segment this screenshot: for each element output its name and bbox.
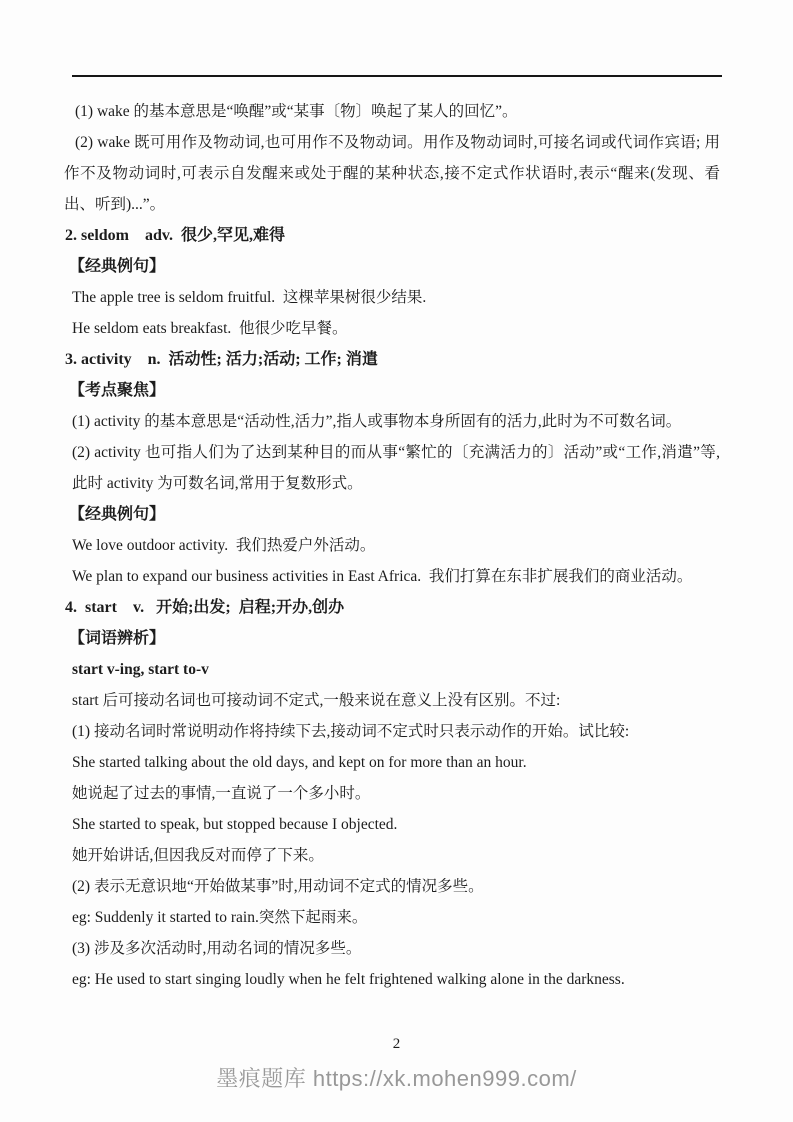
- body-paragraph: (2) wake 既可用作及物动词,也可用作不及物动词。用作及物动词时,可接名词…: [64, 127, 720, 220]
- text-line: The apple tree is seldom fruitful. 这棵苹果树…: [72, 282, 720, 313]
- body-paragraph: (2) activity 也可指人们为了达到某种目的而从事“繁忙的〔充满活力的〕…: [72, 437, 720, 499]
- document-body: (1) wake 的基本意思是“唤醒”或“某事〔物〕唤起了某人的回忆”。(2) …: [64, 96, 720, 995]
- page-number: 2: [0, 1036, 793, 1053]
- section-label: 【经典例句】: [69, 499, 720, 530]
- word-entry-heading: 4. start v. 开始;出发; 启程;开办,创办: [65, 592, 720, 623]
- section-label: 【考点聚焦】: [69, 375, 720, 406]
- body-paragraph: (1) wake 的基本意思是“唤醒”或“某事〔物〕唤起了某人的回忆”。: [64, 96, 720, 127]
- text-line: eg: Suddenly it started to rain.突然下起雨来。: [72, 902, 720, 933]
- text-line: He seldom eats breakfast. 他很少吃早餐。: [72, 313, 720, 344]
- text-line: We plan to expand our business activitie…: [72, 561, 720, 592]
- section-label: 【经典例句】: [69, 251, 720, 282]
- text-line: start 后可接动名词也可接动词不定式,一般来说在意义上没有区别。不过:: [72, 685, 720, 716]
- subheading-line: start v-ing, start to-v: [72, 654, 720, 685]
- watermark-text: 墨痕题库 https://xk.mohen999.com/: [0, 1062, 793, 1093]
- document-page: (1) wake 的基本意思是“唤醒”或“某事〔物〕唤起了某人的回忆”。(2) …: [0, 0, 793, 1122]
- word-entry-heading: 3. activity n. 活动性; 活力;活动; 工作; 消遣: [65, 344, 720, 375]
- section-label: 【词语辨析】: [69, 623, 720, 654]
- text-line: (1) activity 的基本意思是“活动性,活力”,指人或事物本身所固有的活…: [72, 406, 720, 437]
- text-line: She started to speak, but stopped becaus…: [72, 809, 720, 840]
- text-line: We love outdoor activity. 我们热爱户外活动。: [72, 530, 720, 561]
- text-line: (3) 涉及多次活动时,用动名词的情况多些。: [72, 933, 720, 964]
- text-line: (1) 接动名词时常说明动作将持续下去,接动词不定式时只表示动作的开始。试比较:: [72, 716, 720, 747]
- text-line: 她开始讲话,但因我反对而停了下来。: [72, 840, 720, 871]
- text-line: eg: He used to start singing loudly when…: [72, 964, 720, 995]
- header-rule: [72, 75, 722, 77]
- word-entry-heading: 2. seldom adv. 很少,罕见,难得: [65, 220, 720, 251]
- text-line: She started talking about the old days, …: [72, 747, 720, 778]
- text-line: (2) 表示无意识地“开始做某事”时,用动词不定式的情况多些。: [72, 871, 720, 902]
- text-line: 她说起了过去的事情,一直说了一个多小时。: [72, 778, 720, 809]
